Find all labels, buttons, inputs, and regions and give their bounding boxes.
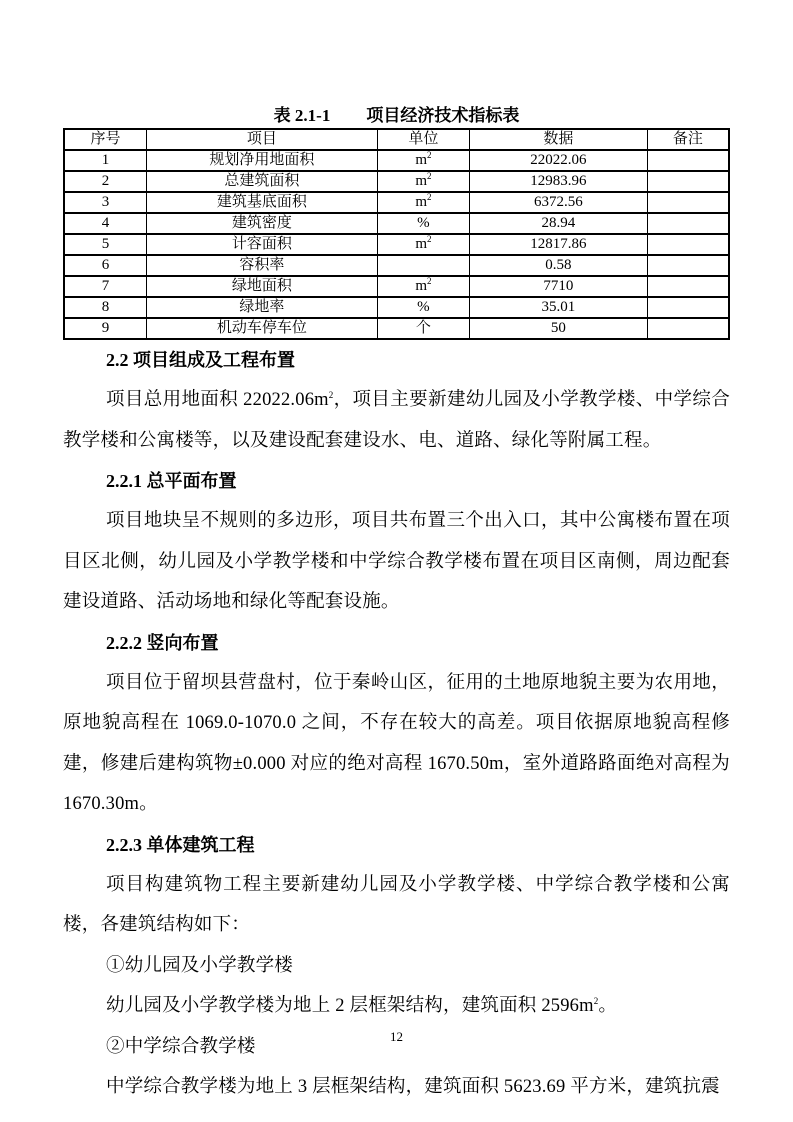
table-row: 7 绿地面积 m2 7710 [64,276,729,297]
cell-value: 12817.86 [470,234,648,255]
cell-unit [377,255,469,276]
section-heading: 2.2.1 总平面布置 [63,461,730,501]
cell-item: 建筑基底面积 [146,192,377,213]
cell-note [647,213,729,234]
section-2-2-2: 2.2.2 竖向布置 项目位于留坝县营盘村，位于秦岭山区，征用的土地原地貌主要为… [63,623,730,825]
unit-base: m [415,173,427,189]
paragraph-text: 幼儿园及小学教学楼为地上 2 层框架结构，建筑面积 2596m [106,996,594,1016]
cell-item: 容积率 [146,255,377,276]
unit-base: m [415,152,427,168]
section-heading: 2.2 项目组成及工程布置 [63,340,730,380]
section-2-2: 2.2 项目组成及工程布置 项目总用地面积 22022.06m2，项目主要新建幼… [63,340,730,461]
cell-item: 总建筑面积 [146,171,377,192]
paragraph: 项目构建筑物工程主要新建幼儿园及小学教学楼、中学综合教学楼和公寓楼，各建筑结构如… [63,865,730,946]
cell-unit: m2 [377,276,469,297]
cell-unit: m2 [377,150,469,171]
table-number-label: 表 2.1-1 [274,106,331,125]
cell-no: 7 [64,276,146,297]
cell-value: 0.58 [470,255,648,276]
table-caption: 表 2.1-1项目经济技术指标表 [63,103,730,128]
cell-no: 9 [64,318,146,339]
table-row: 8 绿地率 % 35.01 [64,297,729,318]
cell-no: 3 [64,192,146,213]
table-row: 6 容积率 0.58 [64,255,729,276]
unit-superscript: 2 [427,234,432,244]
cell-note [647,171,729,192]
unit-base: m [415,236,427,252]
paragraph-text: 项目地块呈不规则的多边形，项目共布置三个出入口，其中公寓楼布置在项目区北侧，幼儿… [63,511,730,612]
unit-base: % [417,215,430,231]
section-2-2-1: 2.2.1 总平面布置 项目地块呈不规则的多边形，项目共布置三个出入口，其中公寓… [63,461,730,623]
page-content: 表 2.1-1项目经济技术指标表 序号 项目 单位 数据 备注 [63,0,730,1108]
header-note: 备注 [647,129,729,150]
unit-base: 个 [416,320,431,336]
cell-item: 规划净用地面积 [146,150,377,171]
unit-superscript: 2 [427,276,432,286]
cell-no: 5 [64,234,146,255]
table-title-text: 项目经济技术指标表 [366,106,519,125]
cell-no: 6 [64,255,146,276]
unit-superscript: 2 [427,192,432,202]
list-item-1: ①幼儿园及小学教学楼 [63,946,730,987]
table-row: 2 总建筑面积 m2 12983.96 [64,171,729,192]
section-heading: 2.2.2 竖向布置 [63,623,730,663]
cell-no: 4 [64,213,146,234]
cell-item: 建筑密度 [146,213,377,234]
cell-unit: % [377,213,469,234]
cell-no: 8 [64,297,146,318]
cell-unit: m2 [377,171,469,192]
header-no: 序号 [64,129,146,150]
cell-item: 绿地面积 [146,276,377,297]
cell-value: 6372.56 [470,192,648,213]
cell-note [647,192,729,213]
unit-base: % [417,299,430,315]
table-row: 1 规划净用地面积 m2 22022.06 [64,150,729,171]
paragraph-text: 。 [598,996,617,1016]
cell-unit: m2 [377,192,469,213]
cell-value: 28.94 [470,213,648,234]
unit-superscript: 2 [427,150,432,160]
table-row: 3 建筑基底面积 m2 6372.56 [64,192,729,213]
table-row: 9 机动车停车位 个 50 [64,318,729,339]
cell-value: 22022.06 [470,150,648,171]
table-row: 5 计容面积 m2 12817.86 [64,234,729,255]
cell-value: 50 [470,318,648,339]
paragraph: 幼儿园及小学教学楼为地上 2 层框架结构，建筑面积 2596m2。 [63,986,730,1027]
cell-unit: % [377,297,469,318]
paragraph-text: 项目总用地面积 22022.06m [106,390,329,410]
cell-note [647,150,729,171]
page-number: 12 [0,1028,793,1046]
cell-note [647,276,729,297]
unit-base: m [415,278,427,294]
cell-note [647,297,729,318]
unit-superscript: 2 [427,171,432,181]
cell-note [647,318,729,339]
cell-value: 35.01 [470,297,648,318]
cell-unit: 个 [377,318,469,339]
cell-item: 机动车停车位 [146,318,377,339]
cell-item: 计容面积 [146,234,377,255]
cell-value: 7710 [470,276,648,297]
cell-unit: m2 [377,234,469,255]
cell-value: 12983.96 [470,171,648,192]
paragraph: 项目总用地面积 22022.06m2，项目主要新建幼儿园及小学教学楼、中学综合教… [63,380,730,461]
paragraph-text: 中学综合教学楼为地上 3 层框架结构，建筑面积 5623.69 平方米，建筑抗震 [106,1077,720,1097]
section-heading: 2.2.3 单体建筑工程 [63,825,730,865]
table-row: 4 建筑密度 % 28.94 [64,213,729,234]
cell-no: 1 [64,150,146,171]
paragraph-text: 项目位于留坝县营盘村，位于秦岭山区，征用的土地原地貌主要为农用地，原地貌高程在 … [63,673,730,815]
cell-note [647,234,729,255]
document-page: 表 2.1-1项目经济技术指标表 序号 项目 单位 数据 备注 [0,0,793,1122]
paragraph: 中学综合教学楼为地上 3 层框架结构，建筑面积 5623.69 平方米，建筑抗震 [63,1067,730,1108]
cell-item: 绿地率 [146,297,377,318]
unit-base: m [415,194,427,210]
paragraph: 项目位于留坝县营盘村，位于秦岭山区，征用的土地原地貌主要为农用地，原地貌高程在 … [63,663,730,825]
header-item: 项目 [146,129,377,150]
header-value: 数据 [470,129,648,150]
indicators-table: 序号 项目 单位 数据 备注 1 规划净用地面积 m2 22022.06 2 [63,128,730,340]
paragraph-text: ①幼儿园及小学教学楼 [106,956,293,976]
section-2-2-3: 2.2.3 单体建筑工程 项目构建筑物工程主要新建幼儿园及小学教学楼、中学综合教… [63,825,730,1108]
paragraph-text: 项目构建筑物工程主要新建幼儿园及小学教学楼、中学综合教学楼和公寓楼，各建筑结构如… [63,875,730,936]
cell-note [647,255,729,276]
table-header-row: 序号 项目 单位 数据 备注 [64,129,729,150]
header-unit: 单位 [377,129,469,150]
cell-no: 2 [64,171,146,192]
paragraph: 项目地块呈不规则的多边形，项目共布置三个出入口，其中公寓楼布置在项目区北侧，幼儿… [63,501,730,623]
